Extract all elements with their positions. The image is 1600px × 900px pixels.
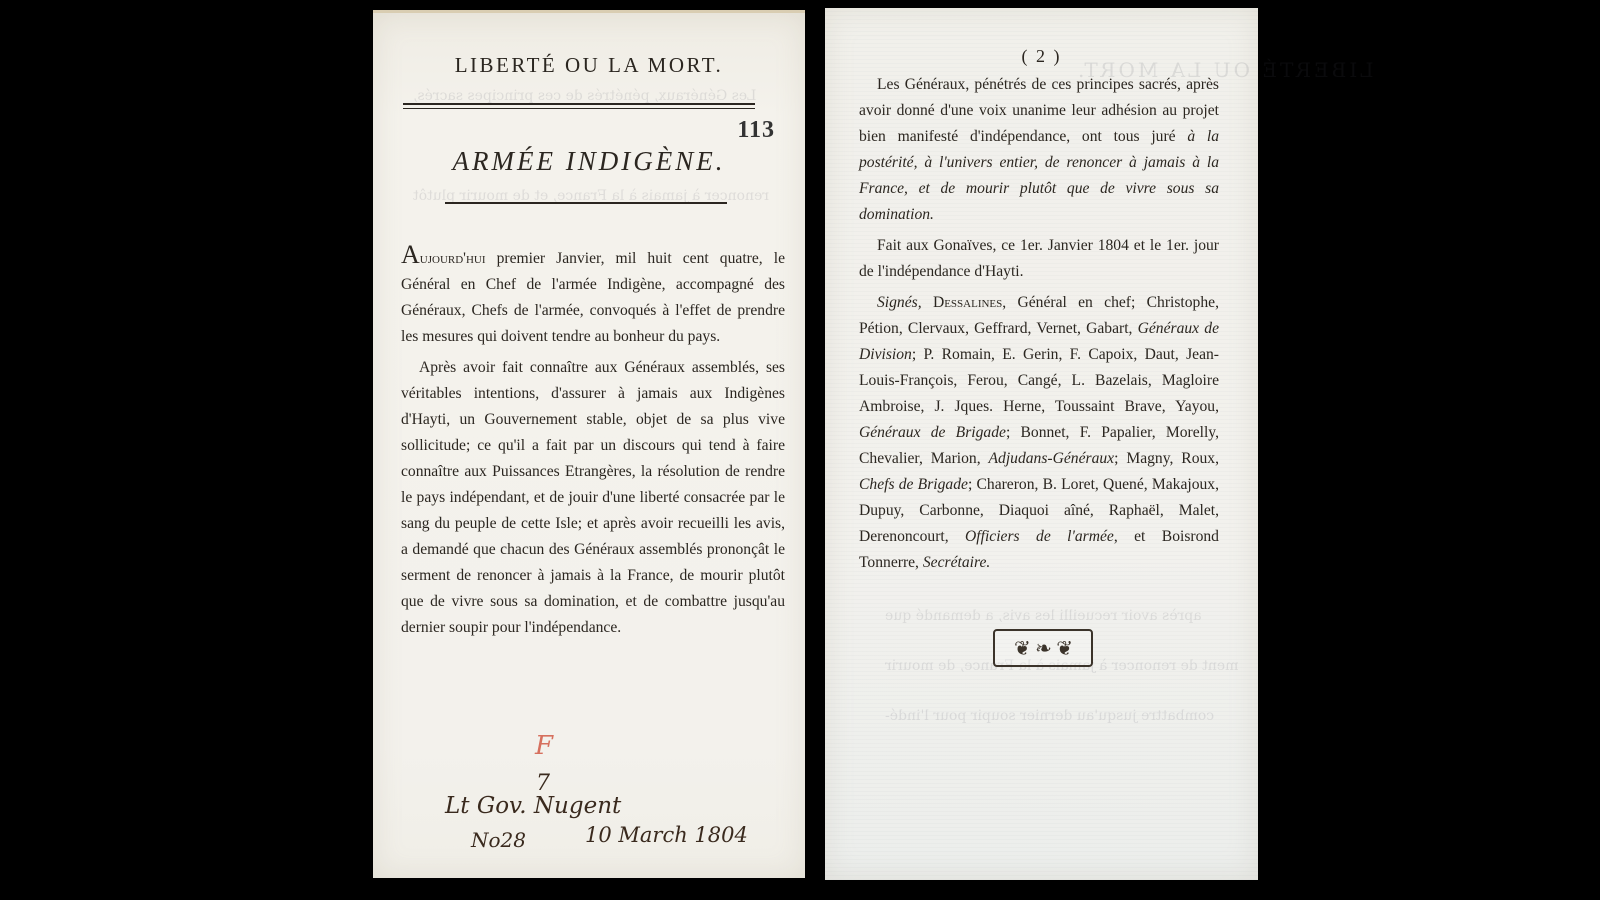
right-page: LIBERTÉ OU LA MORT. après avoir recueill… [825,8,1258,880]
brigade-generals-list: ; P. Romain, E. Gerin, F. Capoix, Daut, … [859,346,1219,415]
proclamation-body: Aujourd'hui premier Janvier, mil huit ce… [401,245,785,646]
paragraph-2: Après avoir fait connaître aux Généraux … [401,355,785,641]
double-rule-bottom [403,108,755,109]
left-page: Les Généraux, pénétrés de ces principes … [373,10,805,878]
signatures-paragraph: Signés, Dessalines, Général en chef; Chr… [859,290,1219,576]
signed-label: Signés, [877,294,922,311]
bleed-through-text: après avoir recueilli les avis, a demand… [885,608,1202,624]
brigade-generals-label: Généraux de Brigade [859,424,1006,441]
leader-title: , Général en chef; [1002,294,1146,311]
date-place-paragraph: Fait aux Gonaïves, ce 1er. Janvier 1804 … [859,233,1219,285]
paragraph-1: Aujourd'hui premier Janvier, mil huit ce… [401,245,785,350]
brigade-chiefs-label: Chefs de Brigade [859,476,968,493]
double-rule-top [403,103,755,105]
handwritten-catalog-number: No28 [471,828,526,852]
oath-paragraph: Les Généraux, pénétrés de ces principes … [859,72,1219,228]
officers-label: Officiers de l'armée [965,528,1114,545]
secretary-label: Secrétaire. [923,554,990,571]
oath-text: Les Généraux, pénétrés de ces principes … [859,76,1219,145]
bleed-through-text: combattre jusqu'au dernier soupir pour l… [885,708,1214,724]
adjutants-label: Adjudans-Généraux [989,450,1115,467]
bleed-through-text: Les Généraux, pénétrés de ces principes … [413,88,756,104]
red-annotation-mark: F [535,731,553,761]
page-number: ( 2 ) [825,46,1258,67]
title-rule [445,202,727,204]
drop-cap: A [401,240,420,269]
handwritten-date: 10 March 1804 [585,823,748,847]
document-title: ARMÉE INDIGÈNE. [373,146,805,177]
handwritten-recipient: Lt Gov. Nugent [445,793,621,819]
oath-body: Les Généraux, pénétrés de ces principes … [859,72,1219,581]
folio-number: 113 [737,117,775,144]
signatory-dessalines: Dessalines [933,294,1002,311]
printer-ornament-icon: ❦ ❧ ❦ [993,629,1093,667]
banner-motto: LIBERTÉ OU LA MORT. [373,53,805,78]
brigade-chiefs-list: ; Magny, Roux, [1114,450,1219,467]
smallcaps-opening: ujourd'hui [420,250,486,267]
